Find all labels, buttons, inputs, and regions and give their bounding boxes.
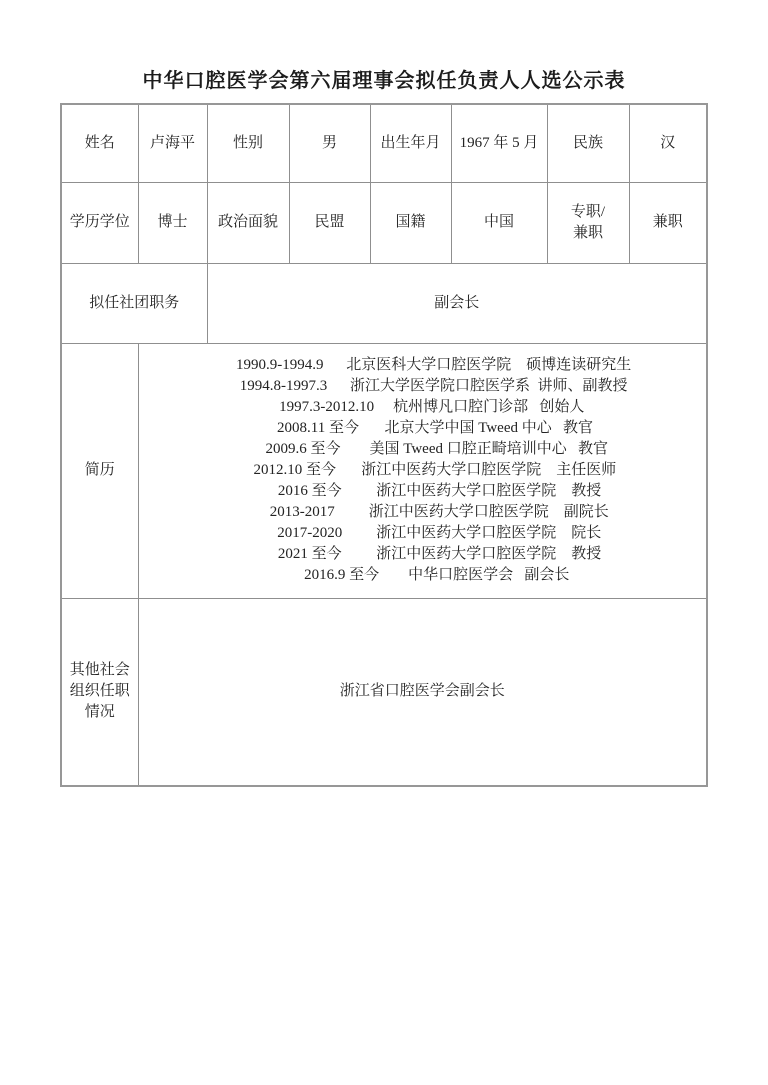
proposed-position-label: 拟任社团职务	[61, 263, 207, 343]
duty-type-value: 兼职	[629, 182, 707, 263]
resume-entry-period: 2017-2020	[243, 523, 376, 544]
resume-entry: 2017-2020浙江中医药大学口腔医学院 院长	[139, 523, 707, 544]
resume-entry-detail: 杭州博凡口腔门诊部 创始人	[393, 399, 584, 415]
other-positions-label: 其他社会 组织任职 情况	[61, 598, 138, 786]
resume-entry: 2012.10 至今浙江中医药大学口腔医学院 主任医师	[139, 460, 707, 481]
table-row-resume: 简历 1990.9-1994.9北京医科大学口腔医学院 硕博连读研究生 1994…	[61, 343, 707, 598]
page-title: 中华口腔医学会第六届理事会拟任负责人人选公示表	[0, 0, 768, 94]
birth-label: 出生年月	[370, 104, 451, 182]
resume-entry-period: 1997.3-2012.10	[260, 397, 393, 418]
resume-entry: 1994.8-1997.3浙江大学医学院口腔医学系 讲师、副教授	[139, 376, 707, 397]
resume-entry: 2009.6 至今美国 Tweed 口腔正畸培训中心 教官	[139, 439, 707, 460]
resume-entry-detail: 浙江中医药大学口腔医学院 教授	[376, 483, 601, 499]
document-page: 中华口腔医学会第六届理事会拟任负责人人选公示表 姓名 卢海平 性别 男 出生年月…	[0, 0, 768, 1085]
resume-entry-detail: 浙江中医药大学口腔医学院 教授	[376, 546, 601, 562]
proposed-position-value: 副会长	[207, 263, 707, 343]
name-value: 卢海平	[138, 104, 207, 182]
resume-entry: 2013-2017浙江中医药大学口腔医学院 副院长	[139, 502, 707, 523]
nationality-label: 国籍	[370, 182, 451, 263]
political-status-label: 政治面貌	[207, 182, 289, 263]
name-label: 姓名	[61, 104, 138, 182]
table-row-basic-2: 学历学位 博士 政治面貌 民盟 国籍 中国 专职/ 兼职 兼职	[61, 182, 707, 263]
ethnicity-value: 汉	[629, 104, 707, 182]
other-positions-value: 浙江省口腔医学会副会长	[138, 598, 707, 786]
resume-entry-period: 2016 至今	[243, 481, 376, 502]
resume-entry: 2021 至今浙江中医药大学口腔医学院 教授	[139, 544, 707, 565]
resume-entry-detail: 浙江中医药大学口腔医学院 主任医师	[361, 462, 616, 478]
resume-entry: 1997.3-2012.10杭州博凡口腔门诊部 创始人	[139, 397, 707, 418]
resume-content: 1990.9-1994.9北京医科大学口腔医学院 硕博连读研究生 1994.8-…	[138, 343, 707, 598]
duty-type-label: 专职/ 兼职	[547, 182, 629, 263]
education-value: 博士	[138, 182, 207, 263]
resume-entry-detail: 浙江中医药大学口腔医学院 副院长	[369, 504, 609, 520]
resume-entry: 2008.11 至今北京大学中国 Tweed 中心 教官	[139, 418, 707, 439]
table-row-position: 拟任社团职务 副会长	[61, 263, 707, 343]
resume-entry-period: 2016.9 至今	[275, 565, 408, 586]
resume-entry-period: 2009.6 至今	[236, 439, 369, 460]
resume-entry: 1990.9-1994.9北京医科大学口腔医学院 硕博连读研究生	[139, 355, 707, 376]
resume-entry-detail: 浙江大学医学院口腔医学系 讲师、副教授	[350, 378, 628, 394]
resume-entry-period: 2008.11 至今	[251, 418, 384, 439]
gender-label: 性别	[207, 104, 289, 182]
gender-value: 男	[289, 104, 370, 182]
resume-entry-period: 2021 至今	[243, 544, 376, 565]
political-status-value: 民盟	[289, 182, 370, 263]
ethnicity-label: 民族	[547, 104, 629, 182]
table-row-other-positions: 其他社会 组织任职 情况 浙江省口腔医学会副会长	[61, 598, 707, 786]
resume-entry-period: 1994.8-1997.3	[217, 376, 350, 397]
announcement-table: 姓名 卢海平 性别 男 出生年月 1967 年 5 月 民族 汉 学历学位 博士…	[60, 103, 708, 787]
resume-entry-detail: 北京大学中国 Tweed 中心 教官	[384, 420, 593, 436]
resume-entry-period: 1990.9-1994.9	[213, 355, 346, 376]
resume-entry-detail: 中华口腔医学会 副会长	[408, 567, 569, 583]
resume-label: 简历	[61, 343, 138, 598]
resume-entry-detail: 浙江中医药大学口腔医学院 院长	[376, 525, 601, 541]
resume-entry-period: 2012.10 至今	[228, 460, 361, 481]
table-row-basic-1: 姓名 卢海平 性别 男 出生年月 1967 年 5 月 民族 汉	[61, 104, 707, 182]
birth-value: 1967 年 5 月	[451, 104, 547, 182]
resume-entry-detail: 美国 Tweed 口腔正畸培训中心 教官	[369, 441, 608, 457]
resume-entry: 2016.9 至今中华口腔医学会 副会长	[139, 565, 707, 586]
resume-entry: 2016 至今浙江中医药大学口腔医学院 教授	[139, 481, 707, 502]
nationality-value: 中国	[451, 182, 547, 263]
resume-entry-detail: 北京医科大学口腔医学院 硕博连读研究生	[346, 357, 631, 373]
resume-entry-period: 2013-2017	[236, 502, 369, 523]
education-label: 学历学位	[61, 182, 138, 263]
